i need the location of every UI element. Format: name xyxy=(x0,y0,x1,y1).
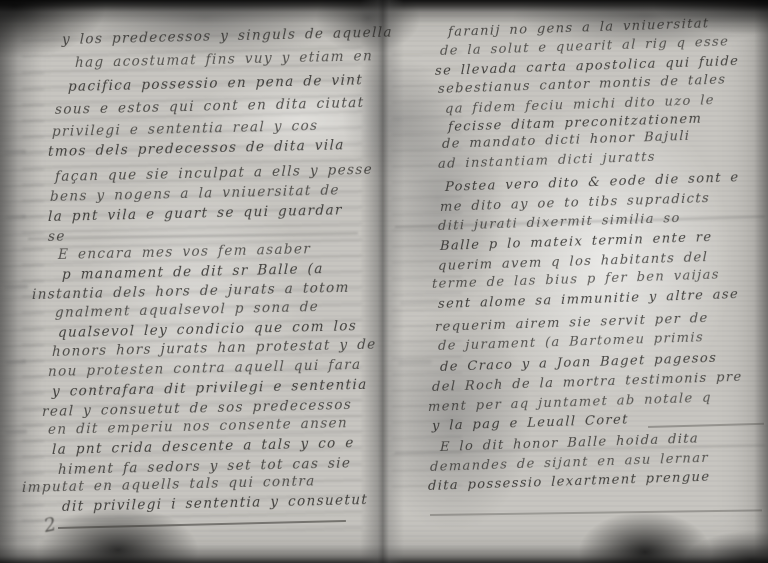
page-left: y los predecessos y singuls de aquellaha… xyxy=(20,0,370,563)
page-right: faranij no gens a la vniuersitatde la so… xyxy=(388,0,768,563)
manuscript-line: y los predecessos y singuls de aquella xyxy=(62,23,393,49)
manuscript-line: se xyxy=(48,228,66,246)
manuscript-line: hag acostumat fins vuy y etiam en xyxy=(75,47,374,72)
manuscript-line: pacifica possessio en pena de vint xyxy=(68,71,364,96)
manuscript-photo: y los predecessos y singuls de aquellaha… xyxy=(0,0,768,563)
manuscript-line: sous e estos qui cont en dita ciutat xyxy=(55,94,365,119)
